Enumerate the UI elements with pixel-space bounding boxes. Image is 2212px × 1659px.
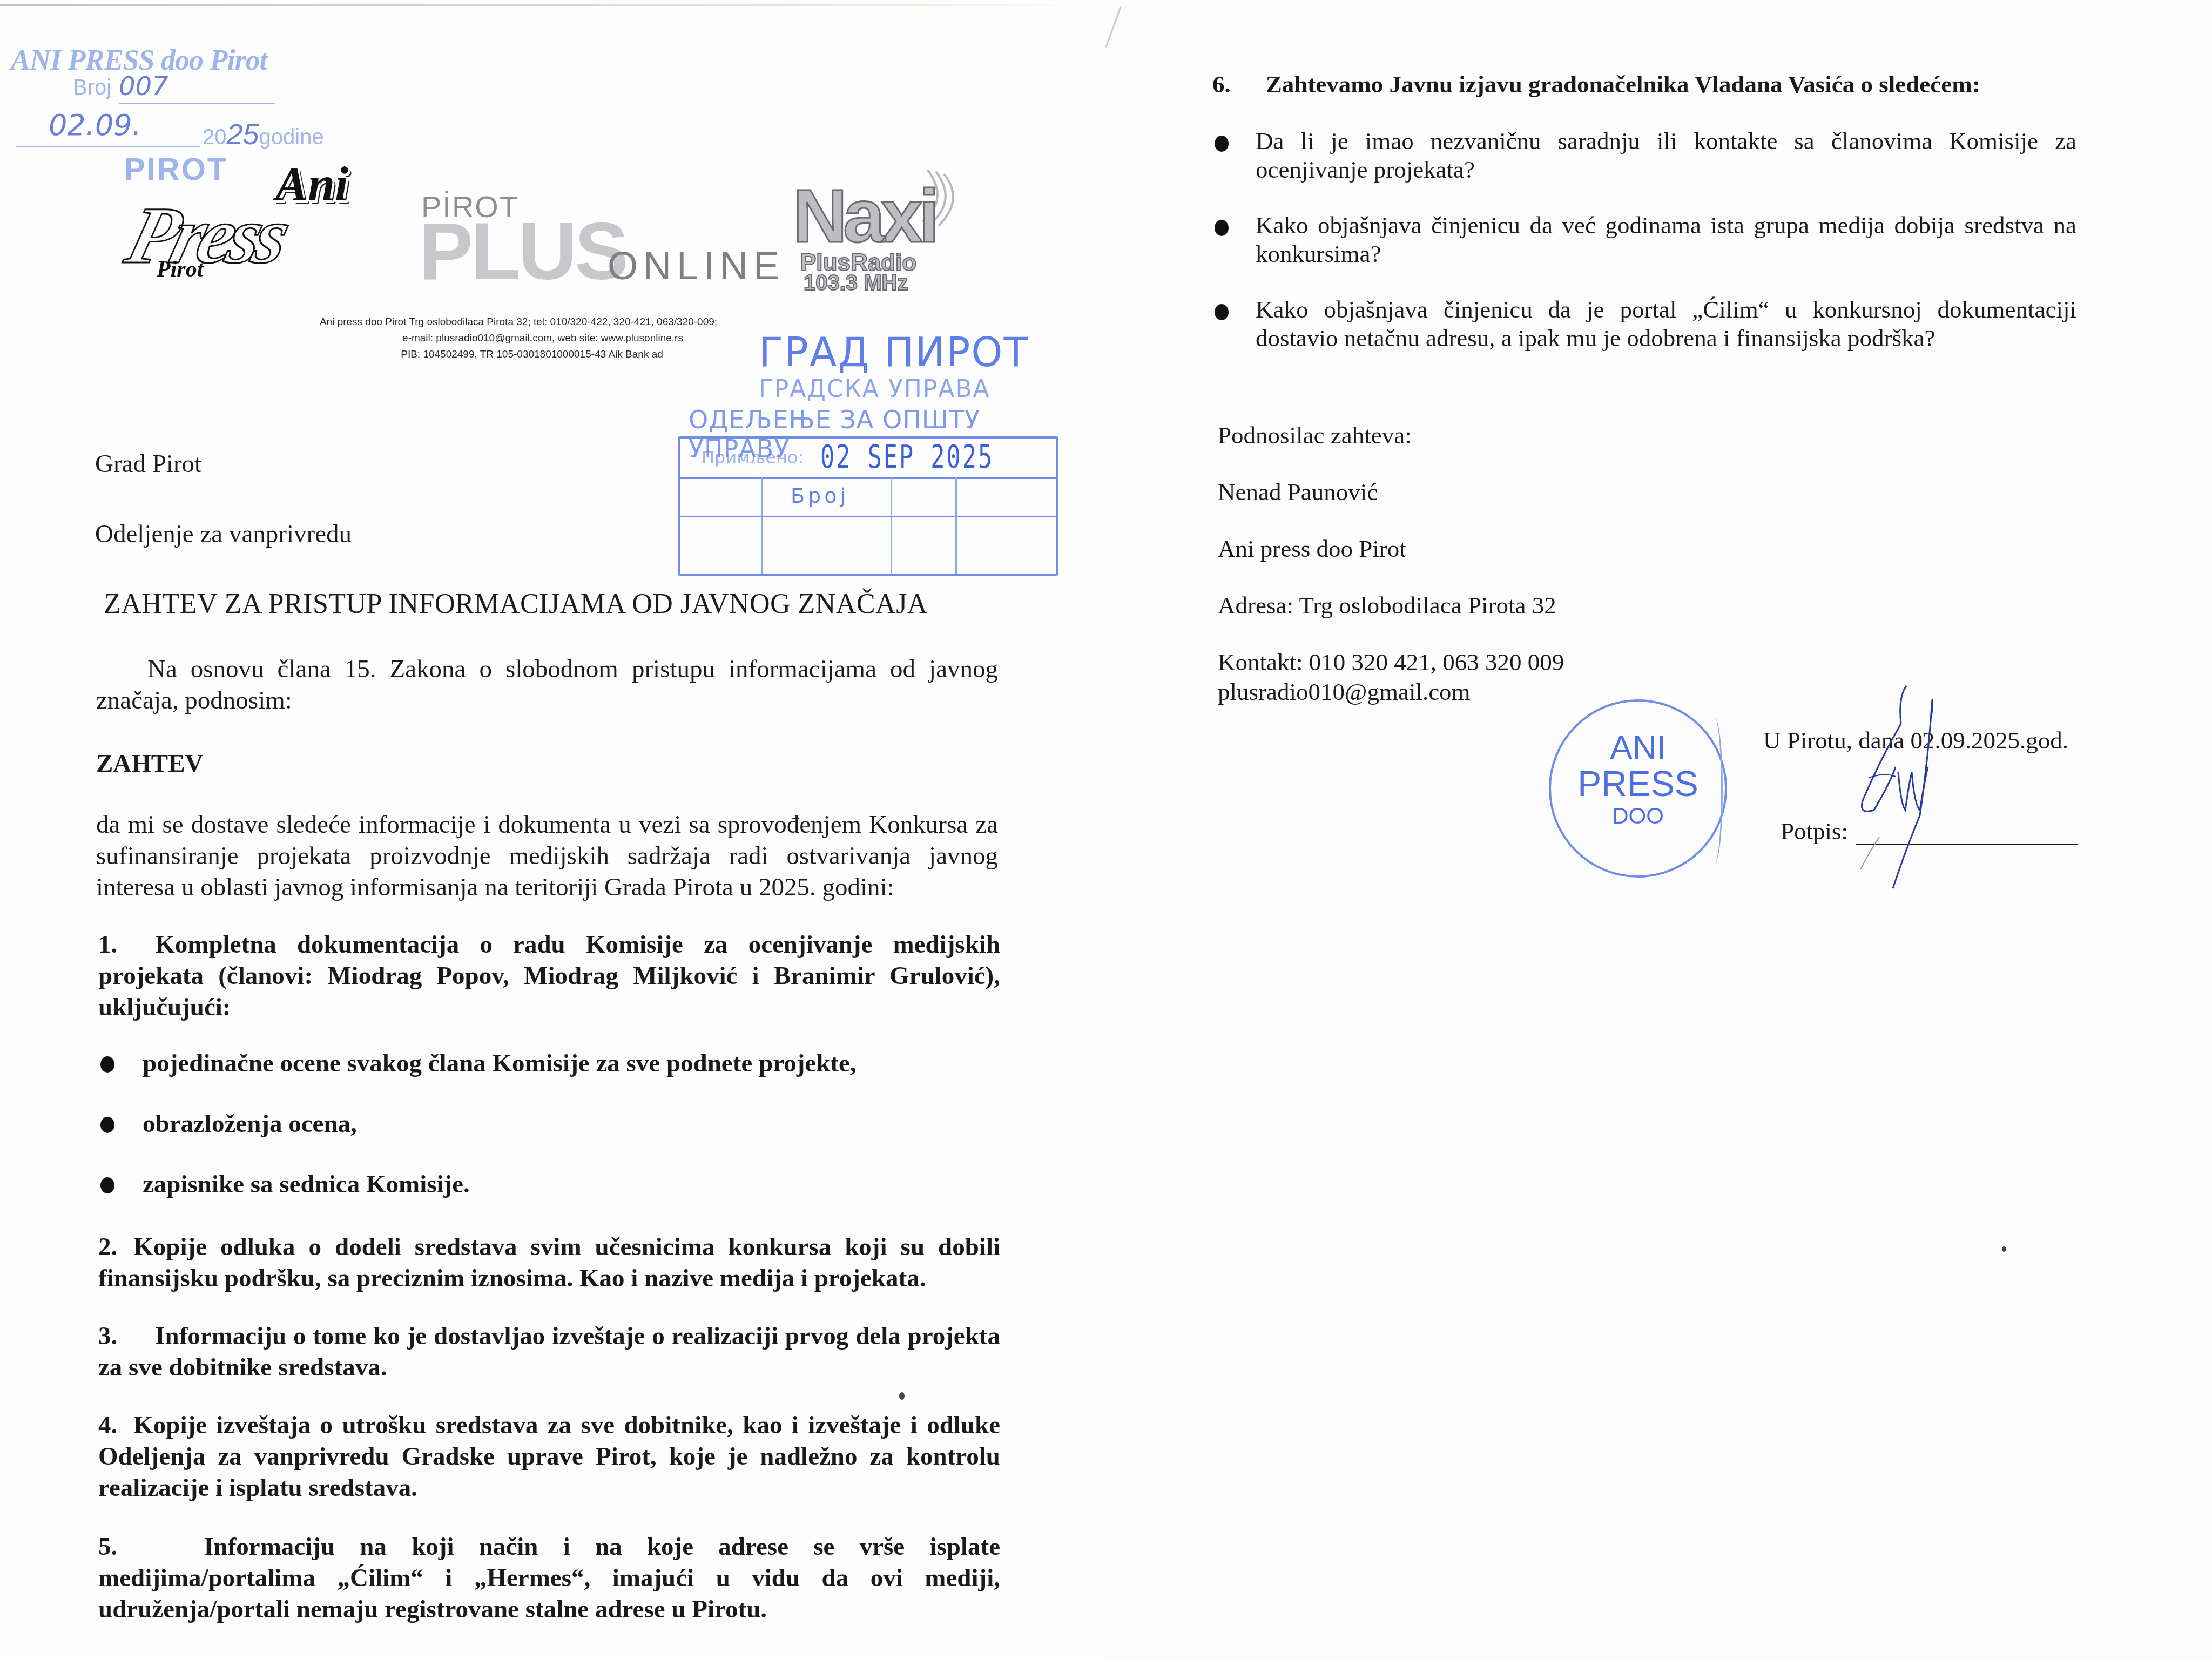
registry-stamp-date: 02.09. bbox=[49, 108, 141, 142]
item-number: 5. bbox=[98, 1531, 117, 1562]
request-item-2: 2.Kopije odluka o dodeli sredstava svim … bbox=[98, 1231, 1000, 1294]
list-item: Da li je imao nezvaničnu saradnju ili ko… bbox=[1212, 127, 2076, 184]
request-item-5: 5.Informaciju na koji način i na koje ad… bbox=[98, 1531, 1000, 1625]
item-1-bullet-list: pojedinačne ocene svakog člana Komisije … bbox=[98, 1048, 1000, 1229]
year-suffix: godine bbox=[259, 125, 324, 149]
registry-stamp-underline bbox=[119, 103, 275, 104]
bullet-icon bbox=[100, 1177, 114, 1193]
registry-stamp-date-line bbox=[16, 146, 200, 147]
submitter-email: plusradio010@gmail.com bbox=[1218, 678, 1471, 706]
city-received-stamp: ГРАД ПИРОТ ГРАДСКА УПРАВА ОДЕЉЕЊЕ ЗА ОПШ… bbox=[678, 329, 1067, 578]
company-round-stamp: ANI PRESS DOO bbox=[1549, 699, 1727, 878]
logo-online-word: ONLINE bbox=[608, 244, 785, 288]
ani-press-logo: Ani Press Pirot bbox=[113, 157, 394, 292]
bullet-text: pojedinačne ocene svakog člana Komisije … bbox=[143, 1049, 857, 1077]
registry-stamp-title: ANI PRESS doo Pirot bbox=[11, 43, 346, 77]
bullet-icon bbox=[1215, 136, 1229, 152]
received-date: 02 SEP 2025 bbox=[820, 439, 994, 475]
naxi-plus-radio-logo: Naxi PlusRadio 103.3 MHz bbox=[793, 167, 955, 297]
bullet-icon bbox=[1215, 304, 1229, 320]
item-number: 3. bbox=[98, 1320, 117, 1352]
logo-frequency: 103.3 MHz bbox=[804, 271, 908, 295]
request-paragraph: da mi se dostave sledeće informacije i d… bbox=[96, 809, 998, 903]
scan-edge bbox=[0, 4, 1075, 6]
bullet-text: Kako objašnjava činjenicu da je portal „… bbox=[1256, 296, 2076, 352]
item-text: Zahtevamo Javnu izjavu gradonačelnika Vl… bbox=[1266, 71, 1980, 98]
round-stamp-line3: DOO bbox=[1551, 802, 1725, 829]
document-title: ZAHTEV ZA PRISTUP INFORMACIJAMA OD JAVNO… bbox=[104, 589, 928, 620]
list-item: obrazloženja ocena, bbox=[98, 1108, 1000, 1169]
item-number: 2. bbox=[98, 1231, 117, 1263]
bullet-text: obrazloženja ocena, bbox=[143, 1110, 357, 1138]
pirot-plus-online-logo: PİROT PLUS ONLINE bbox=[421, 189, 799, 292]
recipient-department: Odeljenje za vanprivredu bbox=[95, 518, 352, 550]
received-label: Примљено: bbox=[702, 447, 804, 468]
item-number: 4. bbox=[98, 1410, 117, 1441]
logo-plus-word: PLUS bbox=[419, 211, 626, 292]
logo-pirot-text: Pirot bbox=[157, 257, 203, 282]
scan-speck bbox=[899, 1392, 905, 1400]
bullet-icon bbox=[1215, 220, 1229, 236]
list-item: pojedinačne ocene svakog člana Komisije … bbox=[98, 1048, 1000, 1108]
item-text: Informaciju o tome ko je dostavljao izve… bbox=[98, 1322, 1000, 1381]
bullet-text: Da li je imao nezvaničnu saradnju ili ko… bbox=[1256, 127, 2076, 183]
item-text: Kopije izveštaja o utrošku sredstava za … bbox=[98, 1411, 1000, 1502]
letterhead-address-line: Ani press doo Pirot Trg oslobodilaca Pir… bbox=[275, 314, 761, 331]
list-item: Kako objašnjava činjenicu da već godinam… bbox=[1212, 211, 2076, 268]
bullet-text: Kako objašnjava činjenicu da već godinam… bbox=[1256, 212, 2076, 267]
request-heading: ZAHTEV bbox=[96, 748, 204, 779]
bullet-text: zapisnike sa sednica Komisije. bbox=[143, 1170, 470, 1198]
year-prefix: 20 bbox=[203, 125, 227, 149]
handwritten-signature bbox=[1798, 675, 1971, 891]
item-text: Kompletna dokumentacija o radu Komisije … bbox=[98, 930, 1000, 1021]
intro-paragraph: Na osnovu člana 15. Zakona o slobodnom p… bbox=[96, 653, 998, 716]
logo-naxi-word: Naxi bbox=[793, 178, 935, 254]
request-item-3: 3.Informaciju o tome ko je dostavljao iz… bbox=[98, 1320, 1000, 1383]
registry-stamp-broj-label: Broj bbox=[73, 76, 111, 100]
request-item-4: 4.Kopije izveštaja o utrošku sredstava z… bbox=[98, 1410, 1000, 1503]
request-item-1: 1.Kompletna dokumentacija o radu Komisij… bbox=[98, 929, 1000, 1023]
list-item: zapisnike sa sednica Komisije. bbox=[98, 1169, 1000, 1229]
round-stamp-line1: ANI bbox=[1551, 731, 1725, 765]
item-number: 6. bbox=[1212, 70, 1231, 98]
recipient-city: Grad Pirot bbox=[95, 448, 201, 480]
city-stamp-line2: ГРАДСКА УПРАВА bbox=[759, 375, 990, 403]
stamp-broj-label: Број bbox=[791, 484, 849, 508]
bullet-icon bbox=[100, 1117, 114, 1133]
round-stamp-line2: PRESS bbox=[1551, 765, 1725, 802]
submitter-label: Podnosilac zahteva: bbox=[1218, 421, 1412, 450]
submitter-company: Ani press doo Pirot bbox=[1218, 535, 1406, 563]
scan-speck bbox=[2002, 1246, 2006, 1252]
list-item: Kako objašnjava činjenicu da je portal „… bbox=[1212, 295, 2076, 353]
year-handwritten: 25 bbox=[227, 118, 259, 151]
page-1: ANI PRESS doo Pirot Broj 007 02.09. 2025… bbox=[0, 0, 1110, 1659]
bullet-icon bbox=[100, 1056, 114, 1073]
item-text: Kopije odluka o dodeli sredstava svim uč… bbox=[98, 1233, 1000, 1292]
city-stamp-grid: Примљено: 02 SEP 2025 Број bbox=[678, 436, 1058, 576]
submitter-contact: Kontakt: 010 320 421, 063 320 009 bbox=[1218, 648, 1564, 677]
registry-stamp-year: 2025godine bbox=[203, 118, 324, 151]
item-text: Informaciju na koji način i na koje adre… bbox=[98, 1533, 1000, 1623]
registry-stamp-broj-value: 007 bbox=[119, 71, 168, 102]
submitter-address: Adresa: Trg oslobodilaca Pirota 32 bbox=[1218, 591, 1556, 620]
logo-press-text: Press bbox=[117, 189, 295, 282]
item-number: 1. bbox=[98, 929, 117, 960]
request-item-6: 6.Zahtevamo Javnu izjavu gradonačelnika … bbox=[1212, 70, 1980, 98]
submitter-name: Nenad Paunović bbox=[1218, 478, 1378, 507]
city-stamp-line1: ГРАД ПИРОТ bbox=[759, 329, 1029, 376]
item-6-bullet-list: Da li je imao nezvaničnu saradnju ili ko… bbox=[1212, 127, 2076, 380]
